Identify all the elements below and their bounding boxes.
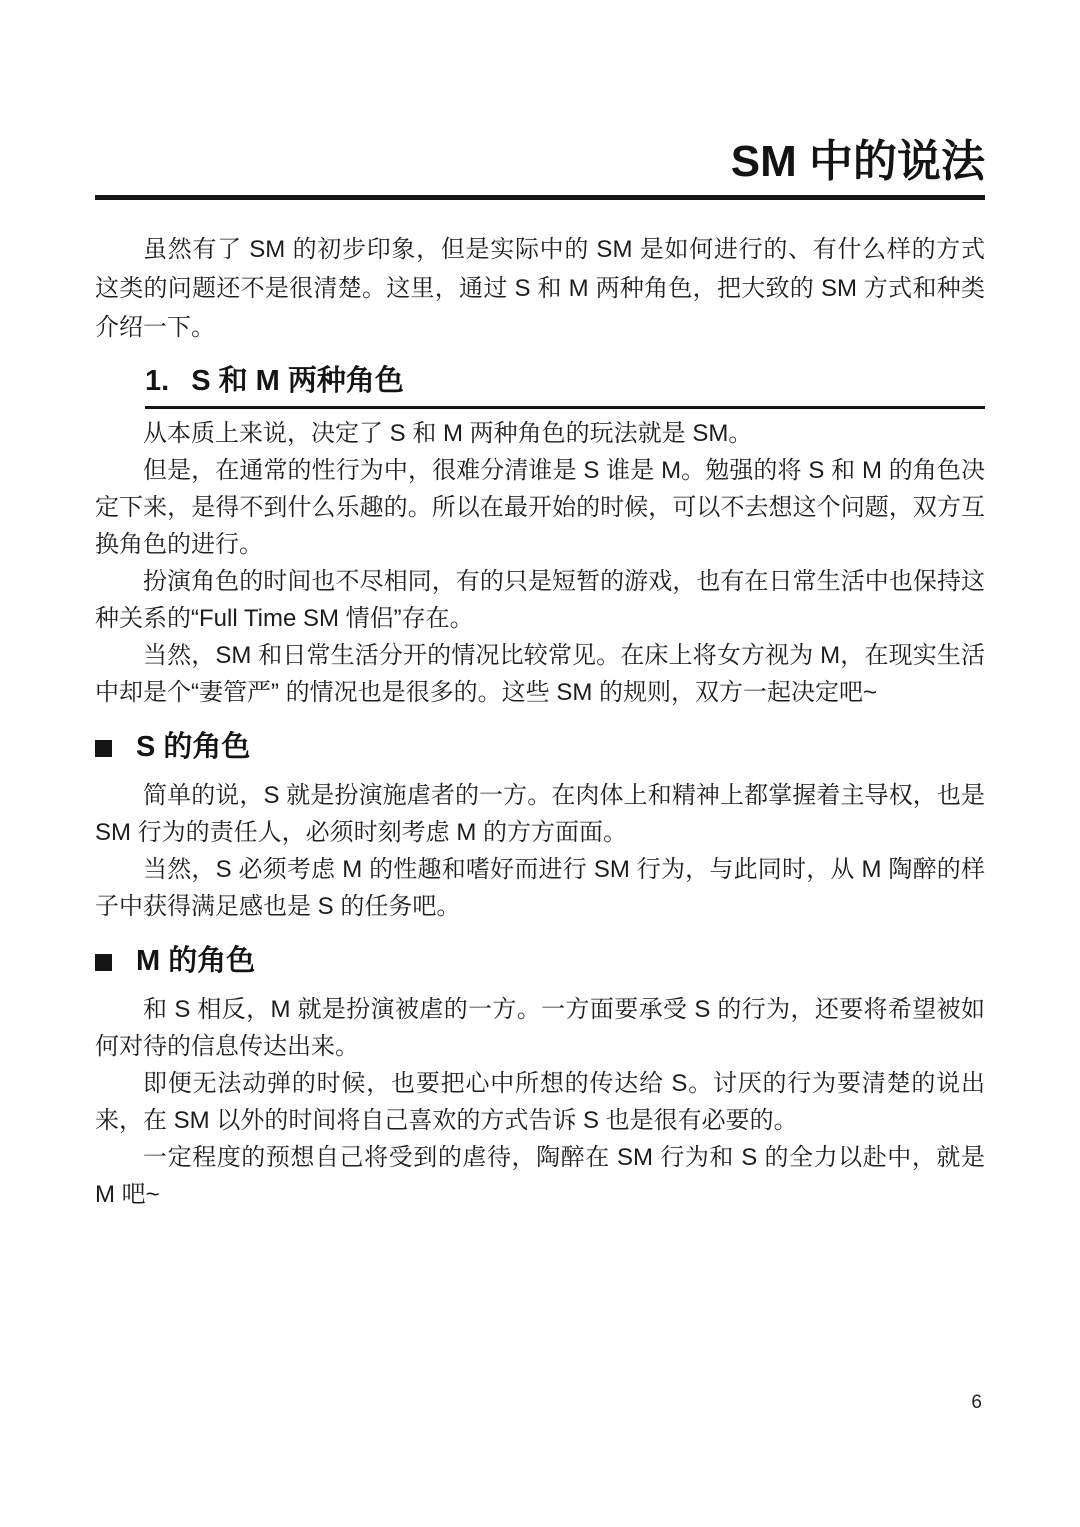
s-role-body: 简单的说，S 就是扮演施虐者的一方。在肉体上和精神上都掌握着主导权，也是 SM … bbox=[95, 777, 985, 925]
section-1-body: 从本质上来说，决定了 S 和 M 两种角色的玩法就是 SM。 但是，在通常的性行… bbox=[95, 415, 985, 711]
m-role-title: M 的角色 bbox=[136, 939, 255, 983]
section-1-number: 1. bbox=[145, 363, 169, 399]
title-rule bbox=[95, 195, 985, 200]
section-two-roles: 1.S 和 M 两种角色 从本质上来说，决定了 S 和 M 两种角色的玩法就是 … bbox=[95, 363, 985, 711]
square-bullet-icon bbox=[95, 740, 112, 757]
paragraph: 当然，SM 和日常生活分开的情况比较常见。在床上将女方视为 M，在现实生活中却是… bbox=[95, 637, 985, 711]
paragraph: 但是，在通常的性行为中，很难分清谁是 S 谁是 M。勉强的将 S 和 M 的角色… bbox=[95, 452, 985, 563]
paragraph: 即便无法动弹的时候，也要把心中所想的传达给 S。讨厌的行为要清楚的说出来，在 S… bbox=[95, 1065, 985, 1139]
section-1-heading: 1.S 和 M 两种角色 bbox=[145, 363, 985, 409]
section-s-role: S 的角色 简单的说，S 就是扮演施虐者的一方。在肉体上和精神上都掌握着主导权，… bbox=[95, 725, 985, 925]
page-content: SM 中的说法 虽然有了 SM 的初步印象，但是实际中的 SM 是如何进行的、有… bbox=[95, 0, 985, 1213]
paragraph: 一定程度的预想自己将受到的虐待，陶醉在 SM 行为和 S 的全力以赴中，就是 M… bbox=[95, 1139, 985, 1213]
s-role-title: S 的角色 bbox=[136, 725, 250, 769]
s-role-heading: S 的角色 bbox=[95, 725, 985, 769]
paragraph: 和 S 相反，M 就是扮演被虐的一方。一方面要承受 S 的行为，还要将希望被如何… bbox=[95, 991, 985, 1065]
paragraph: 简单的说，S 就是扮演施虐者的一方。在肉体上和精神上都掌握着主导权，也是 SM … bbox=[95, 777, 985, 851]
intro-paragraph: 虽然有了 SM 的初步印象，但是实际中的 SM 是如何进行的、有什么样的方式这类… bbox=[95, 230, 985, 347]
paragraph: 从本质上来说，决定了 S 和 M 两种角色的玩法就是 SM。 bbox=[95, 415, 985, 452]
paragraph: 当然，S 必须考虑 M 的性趣和嗜好而进行 SM 行为，与此同时，从 M 陶醉的… bbox=[95, 851, 985, 925]
page-title: SM 中的说法 bbox=[95, 136, 985, 188]
section-1-title: S 和 M 两种角色 bbox=[191, 365, 404, 397]
document-page: SM 中的说法 虽然有了 SM 的初步印象，但是实际中的 SM 是如何进行的、有… bbox=[0, 0, 1080, 1527]
m-role-heading: M 的角色 bbox=[95, 939, 985, 983]
paragraph: 扮演角色的时间也不尽相同，有的只是短暂的游戏，也有在日常生活中也保持这种关系的“… bbox=[95, 563, 985, 637]
m-role-body: 和 S 相反，M 就是扮演被虐的一方。一方面要承受 S 的行为，还要将希望被如何… bbox=[95, 991, 985, 1213]
square-bullet-icon bbox=[95, 954, 112, 971]
page-number: 6 bbox=[971, 1392, 982, 1414]
section-m-role: M 的角色 和 S 相反，M 就是扮演被虐的一方。一方面要承受 S 的行为，还要… bbox=[95, 939, 985, 1213]
